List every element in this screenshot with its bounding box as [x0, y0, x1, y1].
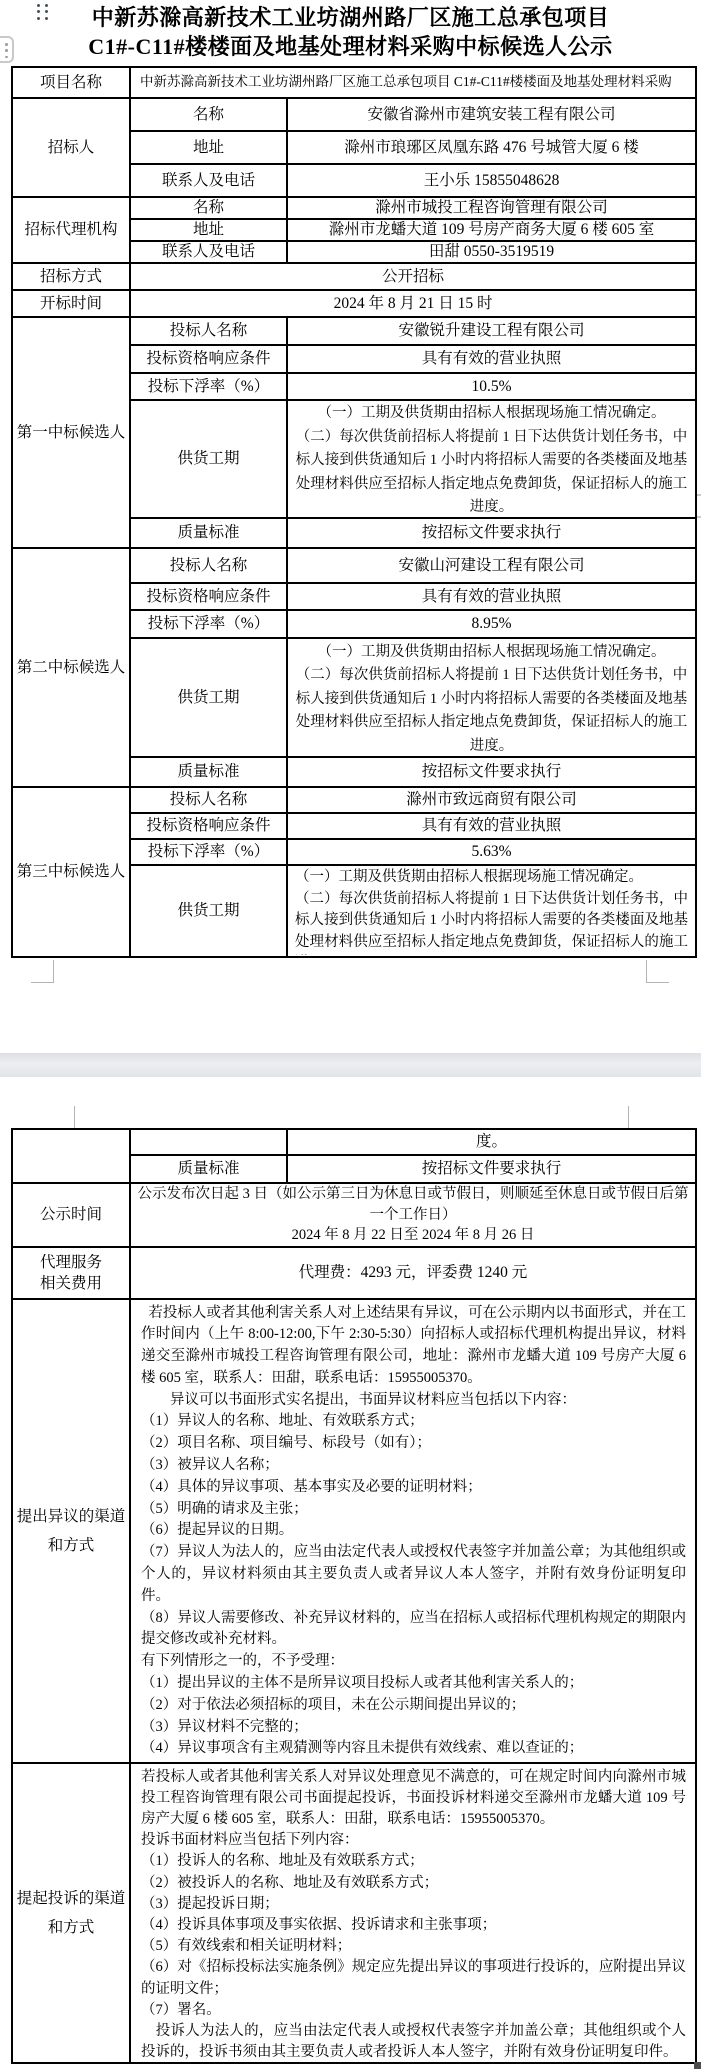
- qualification-label: 投标资格响应条件: [130, 345, 287, 373]
- agency-address-value: 滁州市龙蟠大道 109 号房产商务大厦 6 楼 605 室: [287, 219, 696, 241]
- candidate3-rate-value: 5.63%: [287, 839, 696, 865]
- bid-opening-value: 2024 年 8 月 21 日 15 时: [130, 290, 696, 317]
- quality-standard-label: 质量标准: [130, 757, 287, 787]
- candidate2-qualification-value: 具有有效的营业执照: [287, 583, 696, 610]
- agency-fee-label: 代理服务 相关费用: [12, 1247, 130, 1299]
- page1-bottom-left-margin-mark: [31, 960, 54, 983]
- candidate3-supply-cell: （一）工期及供货期由招标人根据现场施工情况确定。 （二）每次供货前招标人将提前 …: [287, 865, 696, 957]
- candidate3-section-label: 第三中标候选人: [12, 787, 130, 957]
- project-name-label: 项目名称: [12, 67, 130, 98]
- project-name-value: 中新苏滁高新技术工业坊湖州路厂区施工总承包项目 C1#-C11#楼楼面及地基处理…: [130, 67, 696, 98]
- bid-announcement-table-page1: 项目名称 中新苏滁高新技术工业坊湖州路厂区施工总承包项目 C1#-C11#楼楼面…: [11, 66, 697, 958]
- candidate1-quality-value: 按招标文件要求执行: [287, 518, 696, 548]
- candidate1-supply-cell: （一）工期及供货期由招标人根据现场施工情况确定。 （二）每次供货前招标人将提前 …: [287, 400, 696, 518]
- bid-announcement-table-page2: 度。 质量标准 按招标文件要求执行 公示时间 公示发布次日起 3 日（如公示第三…: [11, 1128, 697, 2064]
- bidder-name-label: 投标人名称: [130, 548, 287, 583]
- bidder-name-label: 投标人名称: [130, 317, 287, 345]
- discount-rate-label: 投标下浮率（%）: [130, 839, 287, 865]
- complaint-channel-label: 提起投诉的渠道 和方式: [12, 1763, 130, 2063]
- title-line-1: 中新苏滁高新技术工业坊湖州路厂区施工总承包项目: [0, 3, 701, 32]
- agency-contact-label: 联系人及电话: [130, 241, 287, 263]
- candidate1-qualification-value: 具有有效的营业执照: [287, 345, 696, 373]
- tenderer-contact-value: 王小乐 15855048628: [287, 164, 696, 197]
- candidate3-qualification-value: 具有有效的营业执照: [287, 813, 696, 839]
- candidate1-section-label: 第一中标候选人: [12, 317, 130, 548]
- tenderer-name-label: 名称: [130, 98, 287, 131]
- agency-section-label: 招标代理机构: [12, 197, 130, 263]
- tenderer-address-label: 地址: [130, 131, 287, 164]
- publicity-period-value: 公示发布次日起 3 日（如公示第三日为休息日或节假日，则顺延至休息日或节假日后第…: [133, 1184, 693, 1246]
- candidate1-bidder-value: 安徽锐升建设工程有限公司: [287, 317, 696, 345]
- supply-period-label: 供货工期: [130, 865, 287, 957]
- tender-method-label: 招标方式: [12, 263, 130, 290]
- quality-standard-label: 质量标准: [130, 518, 287, 548]
- agency-contact-value: 田甜 0550-3519519: [287, 241, 696, 263]
- agency-name-value: 滁州市城投工程咨询管理有限公司: [287, 197, 696, 219]
- candidate2-bidder-value: 安徽山河建设工程有限公司: [287, 548, 696, 583]
- supply-period-label: 供货工期: [130, 400, 287, 518]
- bidder-name-label: 投标人名称: [130, 787, 287, 813]
- supply-period-continuation-label-cell: [130, 1129, 287, 1155]
- page-separator: [0, 1053, 701, 1077]
- candidate2-supply-text: （一）工期及供货期由招标人根据现场施工情况确定。 （二）每次供货前招标人将提前 …: [290, 641, 693, 755]
- discount-rate-label: 投标下浮率（%）: [130, 373, 287, 400]
- candidate3-bidder-value: 滁州市致远商贸有限公司: [287, 787, 696, 813]
- complaint-channel-cell: 若投标人或者其他利害关系人对异议处理意见不满意的，可在规定时间内向滁州市城投工程…: [130, 1763, 696, 2063]
- agency-fee-value: 代理费：4293 元，评委费 1240 元: [130, 1247, 696, 1299]
- qualification-label: 投标资格响应条件: [130, 813, 287, 839]
- candidate1-supply-text: （一）工期及供货期由招标人根据现场施工情况确定。 （二）每次供货前招标人将提前 …: [290, 402, 693, 516]
- tender-method-value: 公开招标: [130, 263, 696, 290]
- scrollbar-corner[interactable]: [694, 2062, 701, 2069]
- page2-top-left-margin-mark: [52, 1106, 75, 1129]
- publicity-period-cell: 公示发布次日起 3 日（如公示第三日为休息日或节假日，则顺延至休息日或节假日后第…: [130, 1183, 696, 1247]
- title-line-2: C1#-C11#楼楼面及地基处理材料采购中标候选人公示: [0, 32, 701, 61]
- tenderer-address-value: 滁州市琅琊区凤凰东路 476 号城管大厦 6 楼: [287, 131, 696, 164]
- candidate3-section-continuation-cell: [12, 1129, 130, 1183]
- tenderer-contact-label: 联系人及电话: [130, 164, 287, 197]
- agency-address-label: 地址: [130, 219, 287, 241]
- objection-channel-cell: 若投标人或者其他利害关系人对上述结果有异议，可在公示期内以书面形式，并在工作时间…: [130, 1299, 696, 1763]
- objection-channel-label: 提出异议的渠道 和方式: [12, 1299, 130, 1763]
- tenderer-section-label: 招标人: [12, 98, 130, 197]
- candidate1-rate-value: 10.5%: [287, 373, 696, 400]
- bid-opening-label: 开标时间: [12, 290, 130, 317]
- objection-channel-text: 若投标人或者其他利害关系人对上述结果有异议，可在公示期内以书面形式，并在工作时间…: [133, 1300, 693, 1760]
- candidate3-supply-text: （一）工期及供货期由招标人根据现场施工情况确定。 （二）每次供货前招标人将提前 …: [290, 867, 693, 955]
- candidate2-rate-value: 8.95%: [287, 610, 696, 638]
- candidate3-supply-continuation: 度。: [287, 1129, 696, 1155]
- page2-top-right-margin-mark: [628, 1106, 651, 1129]
- discount-rate-label: 投标下浮率（%）: [130, 610, 287, 638]
- page1-bottom-right-margin-mark: [646, 960, 669, 983]
- agency-name-label: 名称: [130, 197, 287, 219]
- quality-standard-label: 质量标准: [130, 1155, 287, 1183]
- publicity-period-label: 公示时间: [12, 1183, 130, 1247]
- candidate2-section-label: 第二中标候选人: [12, 548, 130, 787]
- qualification-label: 投标资格响应条件: [130, 583, 287, 610]
- supply-period-label: 供货工期: [130, 638, 287, 757]
- candidate2-supply-cell: （一）工期及供货期由招标人根据现场施工情况确定。 （二）每次供货前招标人将提前 …: [287, 638, 696, 757]
- document-title: 中新苏滁高新技术工业坊湖州路厂区施工总承包项目 C1#-C11#楼楼面及地基处理…: [0, 3, 701, 61]
- tenderer-name-value: 安徽省滁州市建筑安装工程有限公司: [287, 98, 696, 131]
- candidate2-quality-value: 按招标文件要求执行: [287, 757, 696, 787]
- candidate3-quality-value: 按招标文件要求执行: [287, 1155, 696, 1183]
- complaint-channel-text: 若投标人或者其他利害关系人对异议处理意见不满意的，可在规定时间内向滁州市城投工程…: [133, 1764, 693, 2060]
